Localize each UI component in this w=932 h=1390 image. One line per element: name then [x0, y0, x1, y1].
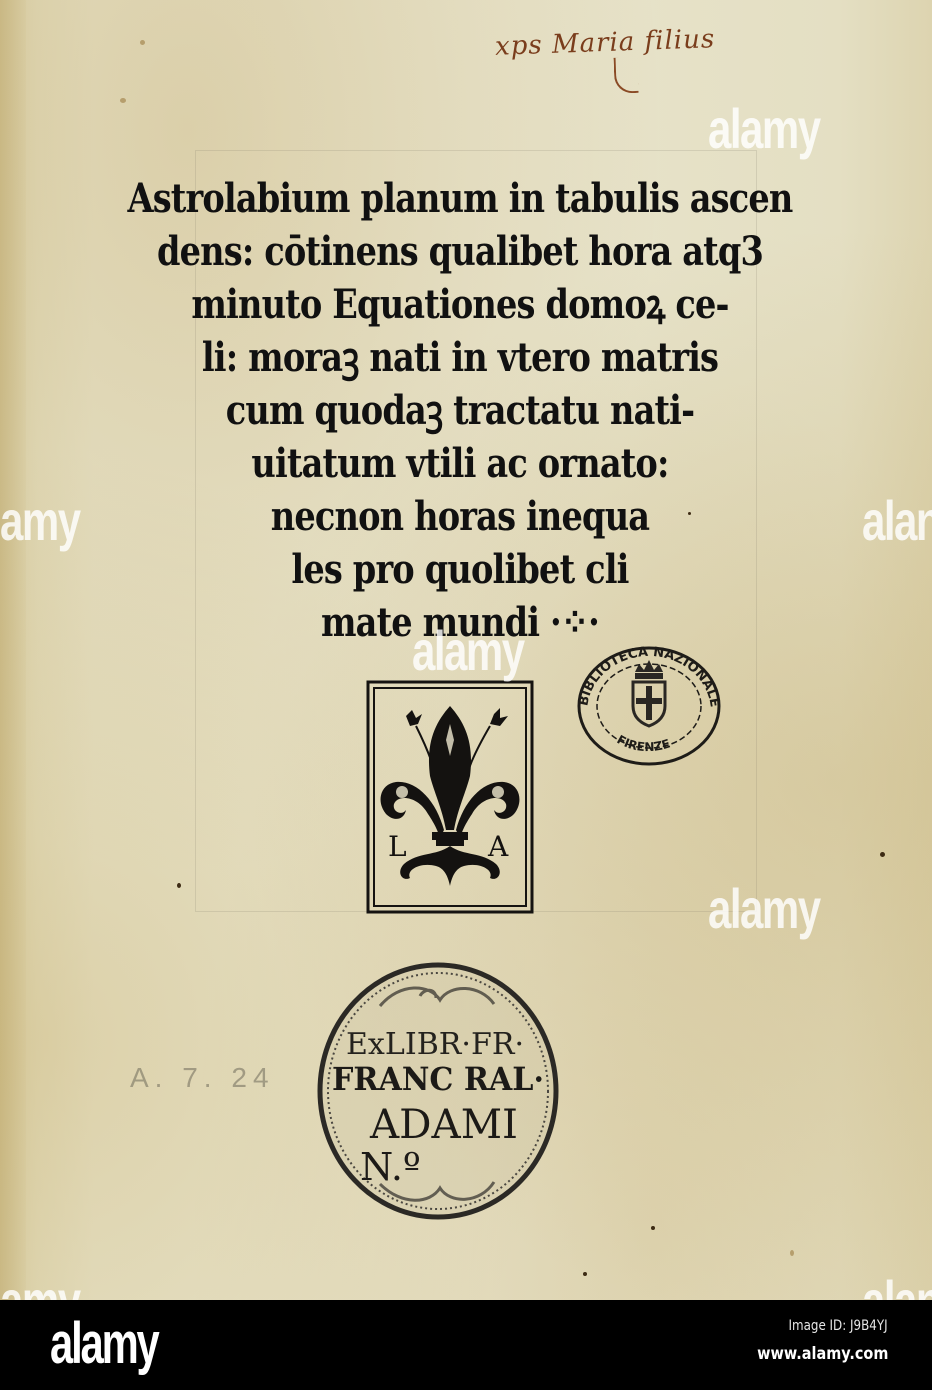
- svg-text:ExLIBR·FR·: ExLIBR·FR·: [346, 1027, 524, 1062]
- foxing-spot: [651, 1226, 655, 1230]
- exlibris-stamp: ExLIBR·FR· FRANC RAL· ADAMI N.º: [310, 960, 562, 1222]
- title-line: cum quodaꝫ tractatu nati-: [124, 384, 796, 437]
- watermark: alamy: [412, 618, 524, 683]
- library-stamp: BIBLIOTECA NAZIONALE FIRENZE: [573, 642, 723, 766]
- annotation-text: xps Maria filius: [495, 24, 716, 62]
- title-line: les pro quolibet cli: [124, 543, 796, 596]
- printer-device-fleur-de-lis: L A: [366, 680, 534, 914]
- title-line: Astrolabium planum in tabulis ascen: [124, 172, 796, 225]
- scanned-page: xps Maria filius Astrolabium planum in t…: [0, 0, 932, 1300]
- book-title: Astrolabium planum in tabulis ascen dens…: [60, 172, 860, 649]
- title-line: dens: cōtinens qualibet hora atq3: [124, 225, 796, 278]
- watermark-fragment: amy: [0, 1268, 80, 1300]
- watermark: alamy: [708, 96, 820, 161]
- footer-bar: alamy Image ID: J9B4YJ www.alamy.com: [0, 1300, 932, 1390]
- foxing-spot: [583, 1272, 587, 1276]
- title-line: necnon horas inequa: [124, 490, 796, 543]
- page-gutter-shadow: [0, 0, 26, 1300]
- svg-text:A: A: [487, 830, 509, 863]
- handwritten-annotation: xps Maria filius: [495, 24, 716, 62]
- title-line: uitatum vtili ac ornato:: [124, 437, 796, 490]
- watermark: alamy: [708, 876, 820, 941]
- watermark-fragment: alan: [862, 1268, 932, 1300]
- foxing-spot: [120, 98, 126, 103]
- image-id: Image ID: J9B4YJ: [789, 1318, 888, 1334]
- watermark-fragment: amy: [0, 488, 80, 553]
- crown-shield-icon: [633, 660, 665, 726]
- svg-text:ADAMI: ADAMI: [369, 1102, 518, 1148]
- foxing-spot: [177, 883, 181, 888]
- title-line: minuto Equationes domoꝝ ce-: [124, 278, 796, 331]
- site-url: www.alamy.com: [757, 1344, 888, 1364]
- svg-text:FIRENZE: FIRENZE: [615, 732, 672, 754]
- alamy-logo: alamy: [50, 1310, 158, 1377]
- title-line: li: moraꝫ nati in vtero matris: [124, 331, 796, 384]
- watermark-fragment: alan: [862, 488, 932, 553]
- shelfmark-pencil: A. 7. 24: [130, 1062, 275, 1094]
- svg-text:L: L: [388, 830, 407, 863]
- svg-text:N.º: N.º: [360, 1145, 421, 1189]
- foxing-spot: [880, 852, 885, 857]
- svg-text:FRANC RAL·: FRANC RAL·: [332, 1060, 544, 1098]
- annotation-flourish: [614, 57, 639, 94]
- foxing-spot: [140, 40, 145, 45]
- foxing-spot: [790, 1250, 794, 1256]
